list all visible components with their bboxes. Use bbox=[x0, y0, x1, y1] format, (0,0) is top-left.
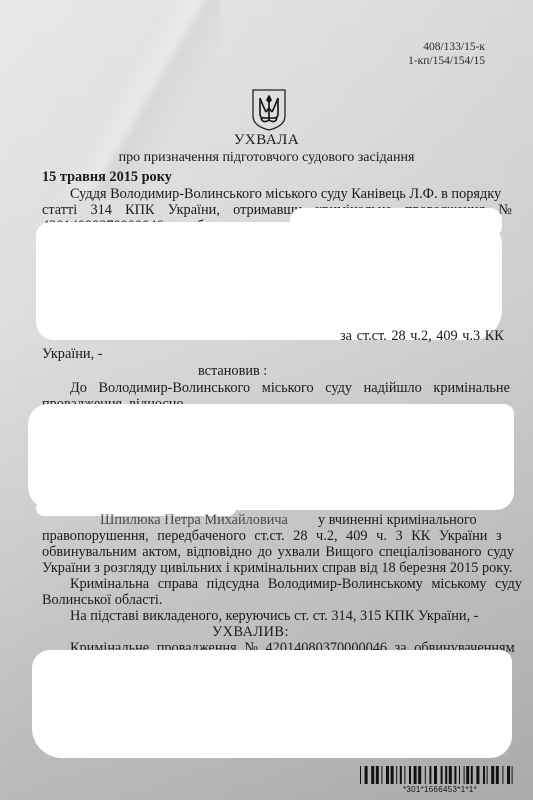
document-date: 15 травня 2015 року bbox=[42, 169, 172, 185]
charge-article: за ст.ст. 28 ч.2, 409 ч.3 КК bbox=[340, 328, 504, 344]
redaction-block-1-top bbox=[290, 208, 502, 238]
case-number-1: 408/133/15-к bbox=[408, 40, 485, 54]
barcode: *301*1666453*1*1* bbox=[360, 766, 520, 794]
established-heading: встановив : bbox=[198, 363, 267, 379]
document-title: УХВАЛА bbox=[0, 132, 533, 149]
intro-line-1: Суддя Володимир-Волинського міського суд… bbox=[70, 186, 510, 202]
established-line-1: До Володимир-Волинського міського суду н… bbox=[70, 380, 510, 396]
trident-coat-of-arms-icon bbox=[250, 88, 288, 132]
case-number-2: 1-кп/154/154/15 bbox=[408, 54, 485, 68]
redaction-block-3 bbox=[32, 650, 512, 758]
grounds-line: На підставі викладеного, керуючись ст. с… bbox=[70, 608, 478, 624]
jurisdiction-line-2: Волинської області. bbox=[42, 592, 162, 608]
charge-article-cont: України, - bbox=[42, 346, 103, 362]
redaction-block-2 bbox=[28, 404, 514, 510]
barcode-stripes bbox=[360, 766, 515, 784]
established-line-5: обвинувальним актом, відповідно до ухвал… bbox=[42, 544, 514, 560]
case-numbers: 408/133/15-к 1-кп/154/154/15 bbox=[408, 40, 485, 68]
visible-name-fragment: Шпилюка Петра Михайловича bbox=[100, 512, 288, 528]
document-subtitle: про призначення підготовчого судового за… bbox=[0, 150, 533, 166]
decided-heading: УХВАЛИВ: bbox=[212, 624, 289, 640]
redaction-block-1 bbox=[36, 222, 502, 340]
established-line-6: України з розгляду цивільних і криміналь… bbox=[42, 560, 512, 576]
barcode-text: *301*1666453*1*1* bbox=[360, 785, 520, 794]
established-line-4: правопорушення, передбаченого ст.ст. 28 … bbox=[42, 528, 502, 544]
established-line-3: у вчиненні кримінального bbox=[318, 512, 477, 528]
jurisdiction-line-1: Кримінальна справа підсудна Володимир-Во… bbox=[70, 576, 522, 592]
